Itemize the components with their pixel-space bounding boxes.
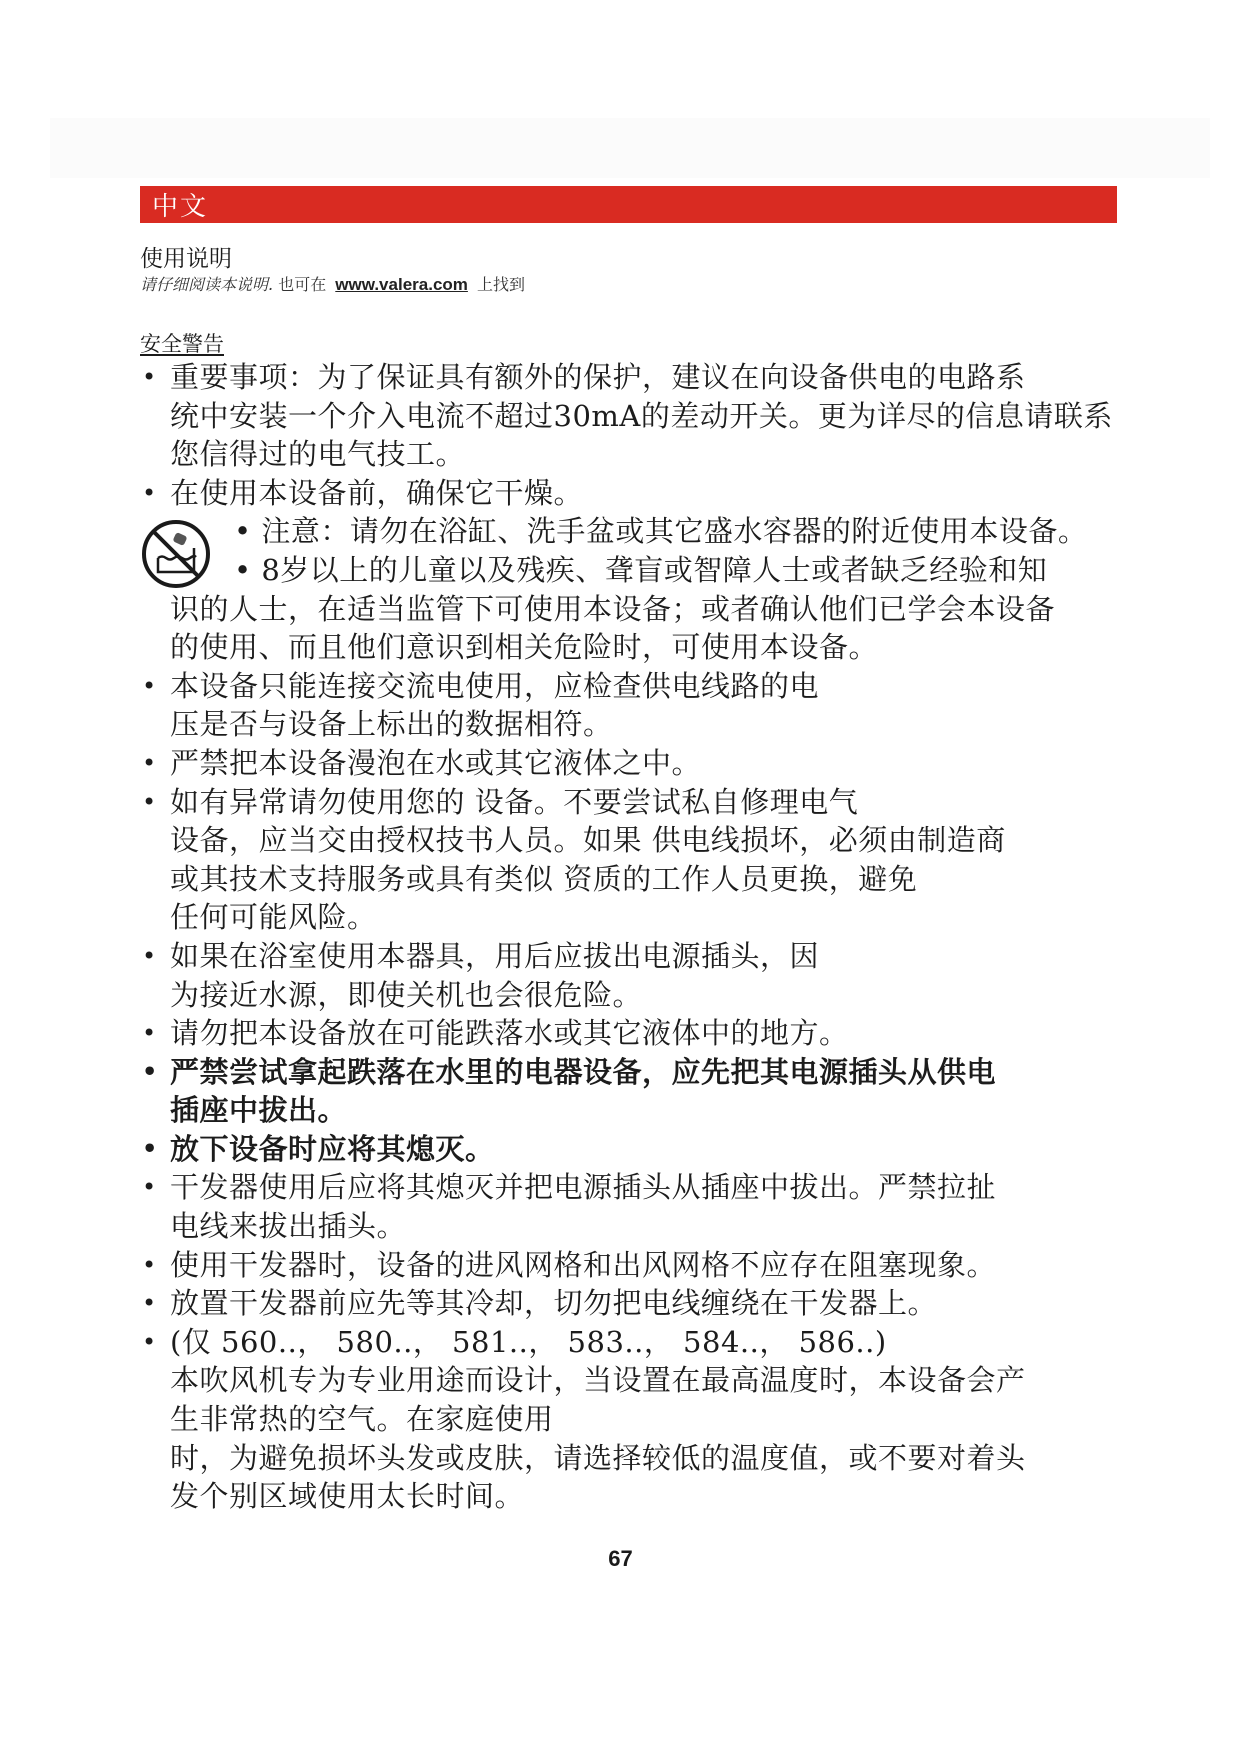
bullet-icon: • [142, 474, 157, 513]
item-line: 放置干发器前应先等其冷却，切勿把电线缠绕在干发器上。 [170, 1284, 1118, 1323]
list-item: • 本设备只能连接交流电使用，应检查供电线路的电 压是否与设备上标出的数据相符。 [138, 667, 1118, 744]
document-title: 使用说明 [140, 240, 232, 273]
item-line: 设备，应当交由授权技书人员。如果 供电线损坏，必须由制造商 [170, 821, 1118, 860]
item-line: 严禁把本设备漫泡在水或其它液体之中。 [170, 744, 1118, 783]
item-line: 插座中拔出。 [170, 1091, 1118, 1130]
list-item: • 重要事项：为了保证具有额外的保护，建议在向设备供电的电路系 统中安装一个介入… [138, 358, 1118, 474]
item-line: 严禁尝试拿起跌落在水里的电器设备，应先把其电源插头从供电 [170, 1053, 1118, 1092]
list-item: • 干发器使用后应将其熄灭并把电源插头从插座中拔出。严禁拉扯 电线来拔出插头。 [138, 1168, 1118, 1245]
list-item: • (仅 560..， 580..， 581..， 583..， 584..， … [138, 1323, 1118, 1516]
bullet-icon: • [142, 744, 157, 783]
page-number: 67 [0, 1546, 1241, 1572]
item-line: 的使用、而且他们意识到相关危险时，可使用本设备。 [170, 628, 1118, 667]
item-line: 您信得过的电气技工。 [170, 435, 1118, 474]
bullet-icon: • [142, 1053, 158, 1092]
language-header-bar: 中文 [140, 186, 1117, 223]
item-line: 请勿把本设备放在可能跌落水或其它液体中的地方。 [170, 1014, 1118, 1053]
list-item: • 请勿把本设备放在可能跌落水或其它液体中的地方。 [138, 1014, 1118, 1053]
list-item: • 在使用本设备前，确保它干燥。 [138, 474, 1118, 513]
item-line: 为接近水源，即使关机也会很危险。 [170, 976, 1118, 1015]
item-line: 时，为避免损坏头发或皮肤，请选择较低的温度值，或不要对着头 [170, 1439, 1118, 1478]
bullet-icon: • [142, 1014, 157, 1053]
warning-icon-block: • 注意：请勿在浴缸、洗手盆或其它盛水容器的附近使用本设备。 • 8岁以上的儿童… [138, 512, 1118, 666]
safety-warnings-list: • 重要事项：为了保证具有额外的保护，建议在向设备供电的电路系 统中安装一个介入… [138, 358, 1118, 1516]
read-instructions-note: 请仔细阅读本说明. [140, 275, 273, 294]
list-item: • 如果在浴室使用本器具，用后应拔出电源插头，因 为接近水源，即使关机也会很危险… [138, 937, 1118, 1014]
bullet-icon: • [142, 667, 157, 706]
item-line: 任何可能风险。 [170, 898, 1118, 937]
list-item: • 使用干发器时，设备的进风网格和出风网格不应存在阻塞现象。 [138, 1246, 1118, 1285]
language-label: 中文 [152, 186, 208, 223]
item-line: 电线来拔出插头。 [170, 1207, 1118, 1246]
item-line: 使用干发器时，设备的进风网格和出风网格不应存在阻塞现象。 [170, 1246, 1118, 1285]
list-item: • 如有异常请勿使用您的 设备。不要尝试私自修理电气 设备，应当交由授权技书人员… [138, 783, 1118, 937]
item-line: (仅 560..， 580..， 581..， 583..， 584..， 58… [170, 1323, 1118, 1362]
bullet-icon: • [142, 783, 157, 822]
no-water-bath-warning-icon [140, 518, 212, 590]
document-subtitle: 请仔细阅读本说明. 也可在 www.valera.com 上找到 [140, 272, 525, 295]
bullet-icon: • [142, 1323, 157, 1362]
note-prefix: 也可在 [278, 275, 326, 294]
item-line: 识的人士，在适当监管下可使用本设备；或者确认他们已学会本设备 [170, 590, 1118, 629]
item-line: 发个别区域使用太长时间。 [170, 1477, 1118, 1516]
bullet-icon: • [142, 1284, 157, 1323]
icon-block-line: • 8岁以上的儿童以及残疾、聋盲或智障人士或者缺乏经验和知 [234, 551, 1118, 590]
bullet-icon: • [142, 1246, 157, 1285]
item-line: 如果在浴室使用本器具，用后应拔出电源插头，因 [170, 937, 1118, 976]
bullet-icon: • [142, 1168, 157, 1207]
item-line: 如有异常请勿使用您的 设备。不要尝试私自修理电气 [170, 783, 1118, 822]
item-line: 生非常热的空气。在家庭使用 [170, 1400, 1118, 1439]
note-suffix: 上找到 [477, 275, 525, 294]
item-line: 干发器使用后应将其熄灭并把电源插头从插座中拔出。严禁拉扯 [170, 1168, 1118, 1207]
section-heading: 安全警告 [140, 328, 224, 358]
bullet-icon: • [142, 358, 157, 397]
item-line: 本设备只能连接交流电使用，应检查供电线路的电 [170, 667, 1118, 706]
item-line: 本吹风机专为专业用途而设计，当设置在最高温度时，本设备会产 [170, 1361, 1118, 1400]
children-text: 8岁以上的儿童以及残疾、聋盲或智障人士或者缺乏经验和知 [261, 553, 1047, 587]
bullet-icon: • [142, 937, 157, 976]
list-item: • 放置干发器前应先等其冷却，切勿把电线缠绕在干发器上。 [138, 1284, 1118, 1323]
item-line: 放下设备时应将其熄灭。 [170, 1130, 1118, 1169]
bullet-icon: • [142, 1130, 158, 1169]
item-line: 压是否与设备上标出的数据相符。 [170, 705, 1118, 744]
item-line: 统中安装一个介入电流不超过30mA的差动开关。更为详尽的信息请联系 [170, 397, 1118, 436]
icon-block-line: • 注意：请勿在浴缸、洗手盆或其它盛水容器的附近使用本设备。 [234, 512, 1118, 551]
caution-text: 注意：请勿在浴缸、洗手盆或其它盛水容器的附近使用本设备。 [261, 514, 1087, 548]
page-top-shade [50, 118, 1210, 178]
item-line: 或其技术支持服务或具有类似 资质的工作人员更换，避免 [170, 860, 1118, 899]
list-item: • 严禁把本设备漫泡在水或其它液体之中。 [138, 744, 1118, 783]
list-item-bold: • 严禁尝试拿起跌落在水里的电器设备，应先把其电源插头从供电 插座中拔出。 [138, 1053, 1118, 1130]
list-item-bold: • 放下设备时应将其熄灭。 [138, 1130, 1118, 1169]
item-line: 重要事项：为了保证具有额外的保护，建议在向设备供电的电路系 [170, 358, 1118, 397]
item-line: 在使用本设备前，确保它干燥。 [170, 474, 1118, 513]
website-link[interactable]: www.valera.com [335, 275, 468, 294]
